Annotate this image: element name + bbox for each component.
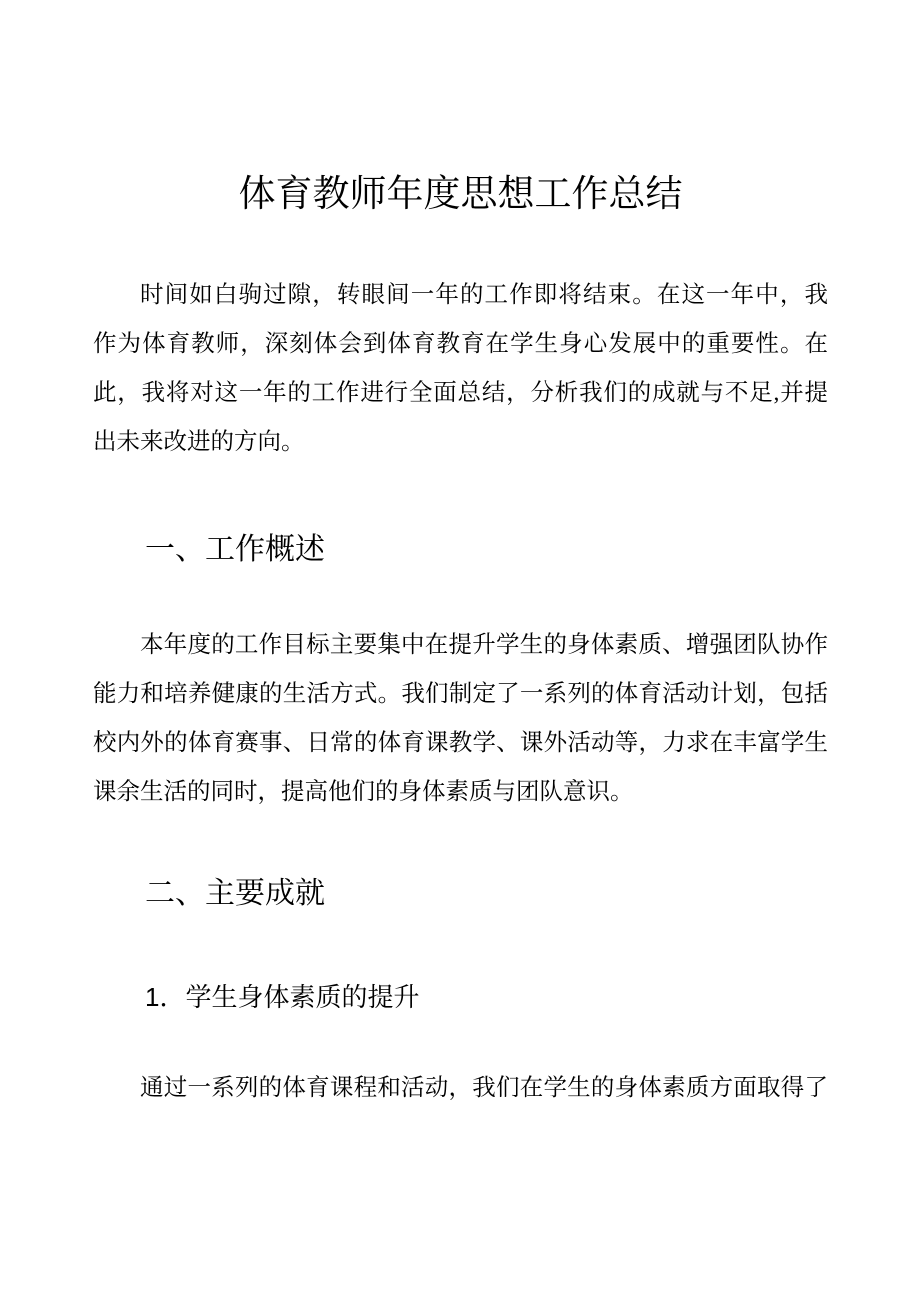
paragraph-line: 校内外的体育赛事、日常的体育课教学、课外活动等，力求在丰富学生	[93, 719, 828, 768]
paragraph-line: 本年度的工作目标主要集中在提升学生的身体素质、增强团队协作	[93, 621, 828, 670]
heading-section-1-work-overview: 一、工作概述	[93, 530, 828, 570]
paragraph-line: 课余生活的同时，提高他们的身体素质与团队意识。	[93, 768, 828, 817]
work-overview-paragraph: 本年度的工作目标主要集中在提升学生的身体素质、增强团队协作能力和培养健康的生活方…	[93, 621, 828, 817]
paragraph-line: 出未来改进的方向。	[93, 418, 828, 467]
heading-section-2-main-achievements: 二、主要成就	[93, 874, 828, 914]
paragraph-line: 此，我将对这一年的工作进行全面总结，分析我们的成就与不足,并提	[93, 369, 828, 418]
paragraph-line: 能力和培养健康的生活方式。我们制定了一系列的体育活动计划，包括	[93, 670, 828, 719]
document-body: 时间如白驹过隙，转眼间一年的工作即将结束。在这一年中，我作为体育教师，深刻体会到…	[93, 271, 828, 1113]
paragraph-line: 作为体育教师，深刻体会到体育教育在学生身心发展中的重要性。在	[93, 320, 828, 369]
heading-subsection-2-1-student-fitness: 1．学生身体素质的提升	[93, 979, 828, 1015]
document-page: 体育教师年度思想工作总结 时间如白驹过隙，转眼间一年的工作即将结束。在这一年中，…	[0, 0, 920, 1301]
paragraph-line: 时间如白驹过隙，转眼间一年的工作即将结束。在这一年中，我	[93, 271, 828, 320]
intro-paragraph: 时间如白驹过隙，转眼间一年的工作即将结束。在这一年中，我作为体育教师，深刻体会到…	[93, 271, 828, 467]
student-fitness-paragraph: 通过一系列的体育课程和活动，我们在学生的身体素质方面取得了	[93, 1064, 828, 1113]
document-title: 体育教师年度思想工作总结	[93, 170, 828, 217]
paragraph-line: 通过一系列的体育课程和活动，我们在学生的身体素质方面取得了	[93, 1064, 828, 1113]
